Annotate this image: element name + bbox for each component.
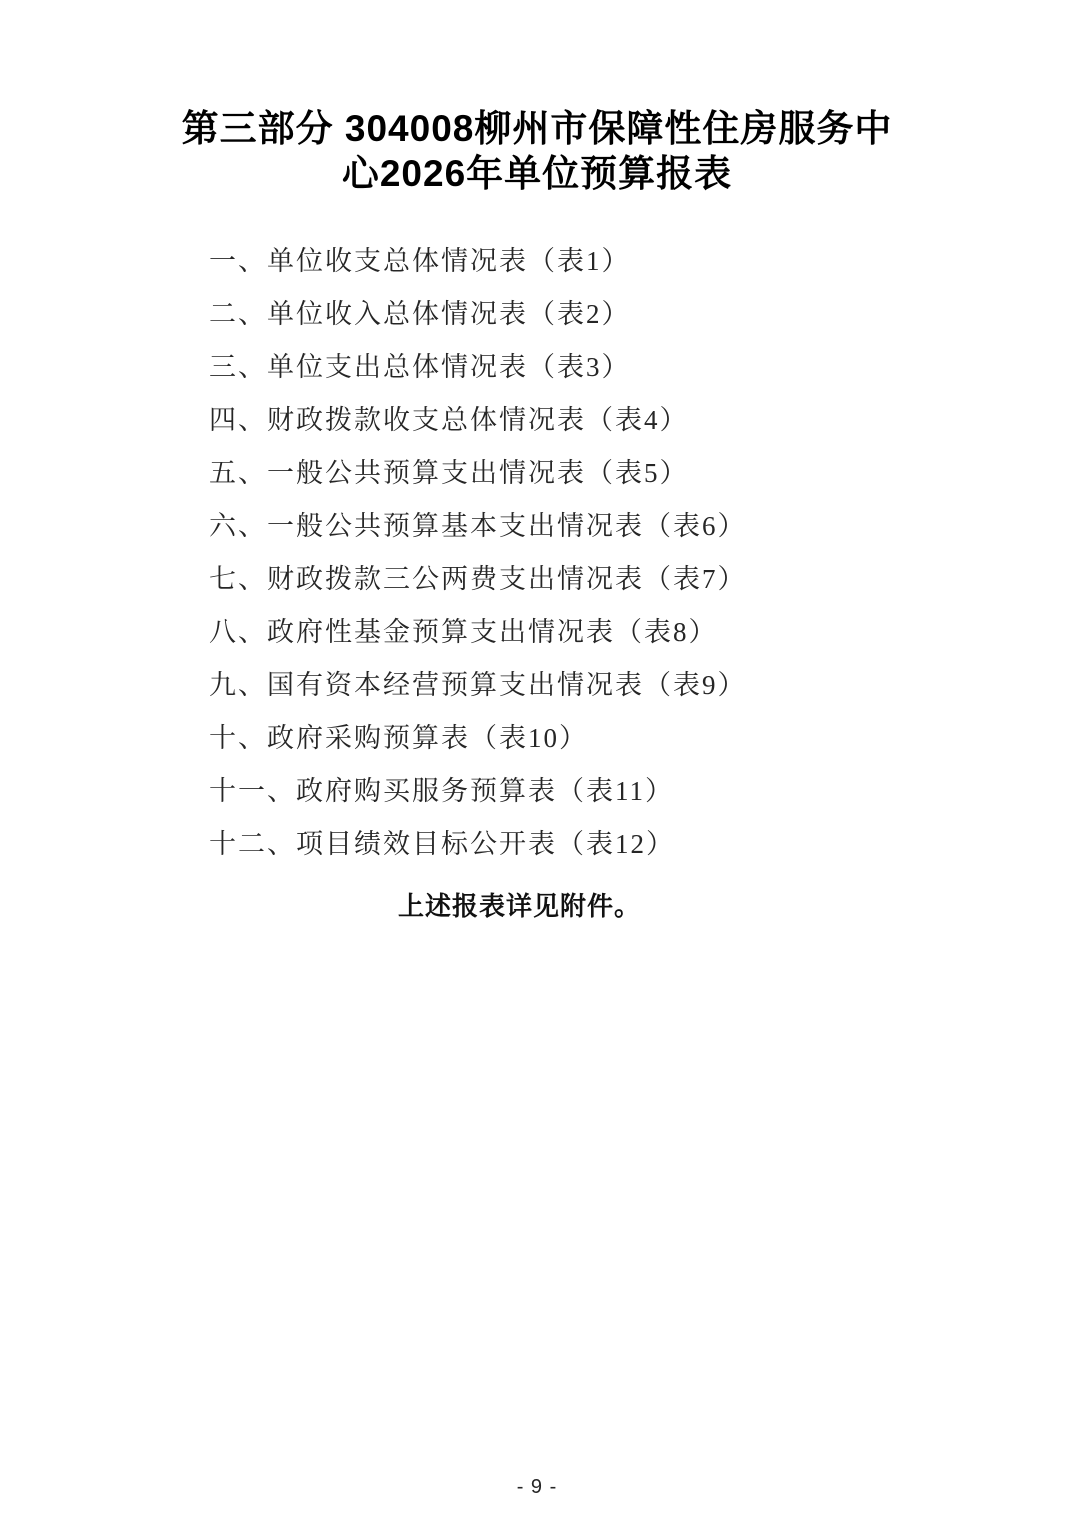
toc-item-3: 三、单位支出总体情况表（表3） xyxy=(209,353,1074,381)
document-page: 第三部分 304008柳州市保障性住房服务中 心2026年单位预算报表 一、单位… xyxy=(0,0,1074,1520)
toc-item-12: 十二、项目绩效目标公开表（表12） xyxy=(209,830,1074,858)
toc-item-6: 六、一般公共预算基本支出情况表（表6） xyxy=(209,512,1074,540)
page-title-line-2: 心2026年单位预算报表 xyxy=(0,151,1074,196)
toc-item-11: 十一、政府购买服务预算表（表11） xyxy=(209,777,1074,805)
toc-item-9: 九、国有资本经营预算支出情况表（表9） xyxy=(209,671,1074,699)
page-title-line-1: 第三部分 304008柳州市保障性住房服务中 xyxy=(0,106,1074,151)
toc-item-4: 四、财政拨款收支总体情况表（表4） xyxy=(209,406,1074,434)
toc-item-10: 十、政府采购预算表（表10） xyxy=(209,724,1074,752)
note-text: 上述报表详见附件。 xyxy=(398,892,1074,922)
page-title: 第三部分 304008柳州市保障性住房服务中 心2026年单位预算报表 xyxy=(0,0,1074,196)
toc-item-7: 七、财政拨款三公两费支出情况表（表7） xyxy=(209,565,1074,593)
toc-item-2: 二、单位收入总体情况表（表2） xyxy=(209,300,1074,328)
page-number: - 9 - xyxy=(0,1476,1074,1499)
toc-list: 一、单位收支总体情况表（表1） 二、单位收入总体情况表（表2） 三、单位支出总体… xyxy=(209,247,1074,858)
toc-item-1: 一、单位收支总体情况表（表1） xyxy=(209,247,1074,275)
toc-item-5: 五、一般公共预算支出情况表（表5） xyxy=(209,459,1074,487)
toc-item-8: 八、政府性基金预算支出情况表（表8） xyxy=(209,618,1074,646)
